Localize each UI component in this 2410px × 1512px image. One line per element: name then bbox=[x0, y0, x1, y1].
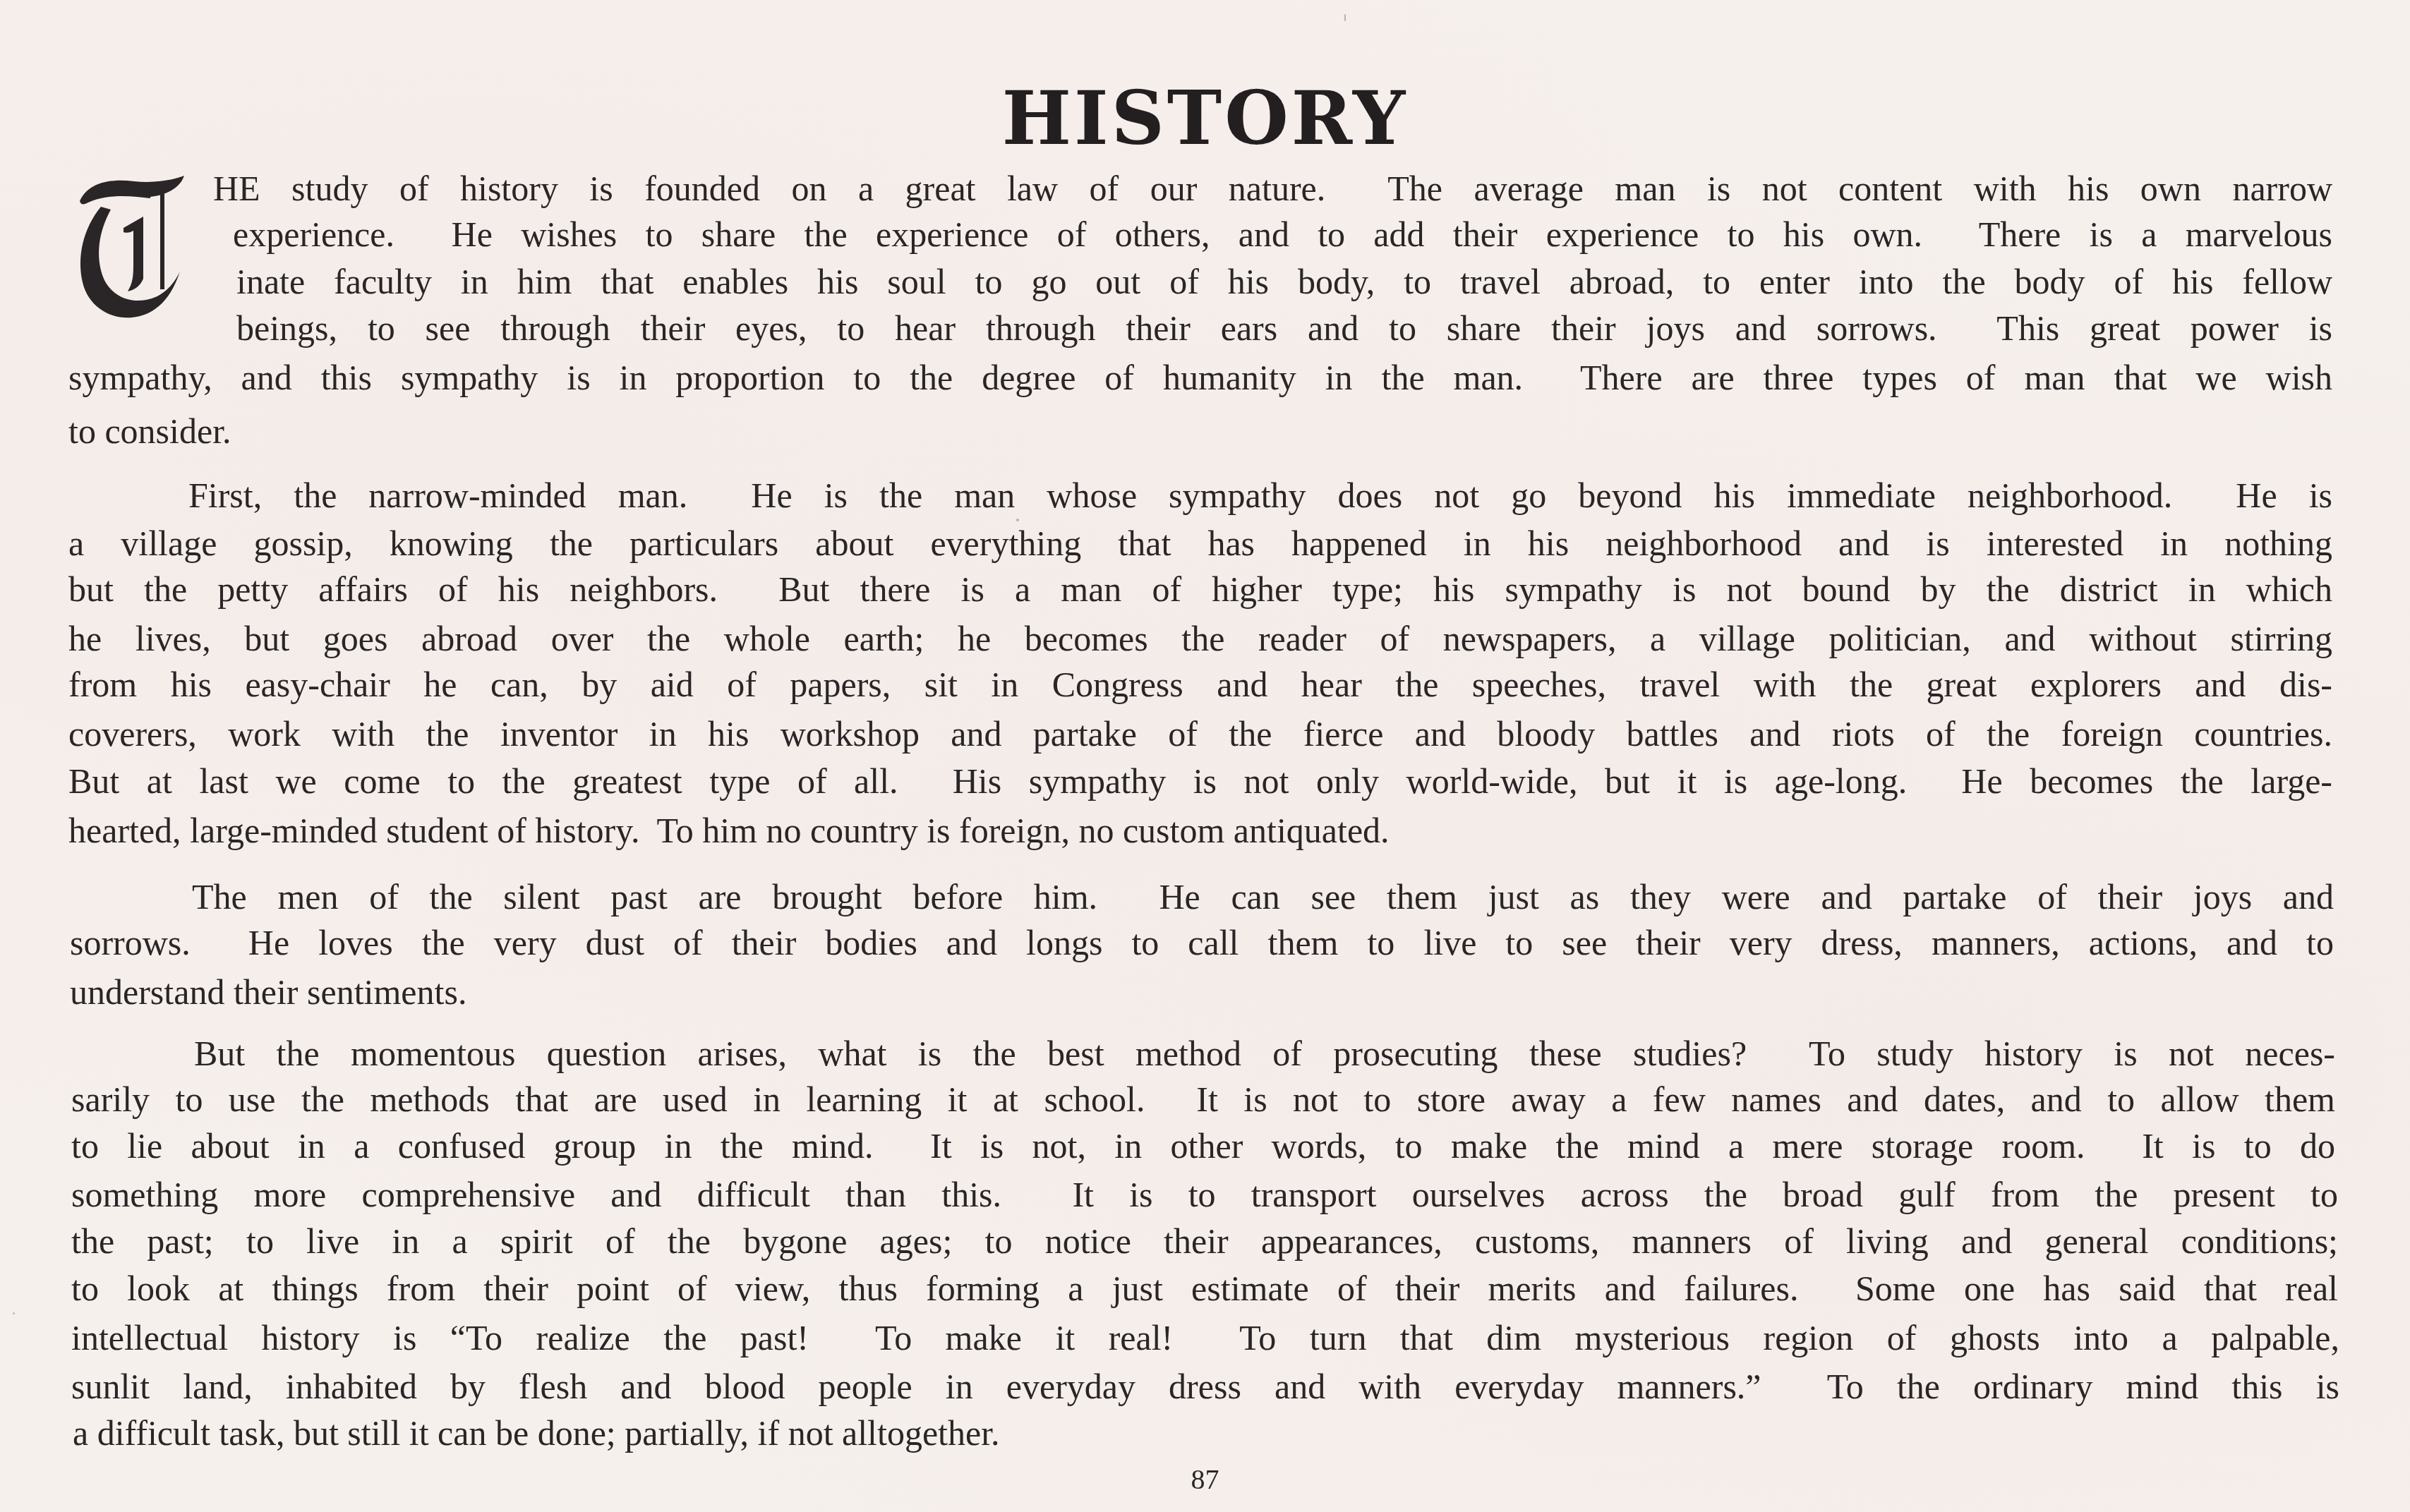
paper-speck bbox=[1934, 1386, 1937, 1390]
text-line: to consider. bbox=[68, 408, 2332, 455]
text-line: sympathy, and this sympathy is in propor… bbox=[68, 354, 2332, 401]
text-line: a village gossip, knowing the particular… bbox=[68, 520, 2332, 567]
text-line: beings, to see through their eyes, to he… bbox=[236, 305, 2332, 352]
text-line: sarily to use the methods that are used … bbox=[71, 1076, 2335, 1123]
text-line: But the momentous question arises, what … bbox=[194, 1030, 2335, 1077]
text-line: sorrows. He loves the very dust of their… bbox=[70, 919, 2334, 967]
book-page: HISTORY HE study of history is founded o… bbox=[0, 0, 2410, 1512]
paper-speck bbox=[13, 1312, 15, 1314]
text-line: First, the narrow-minded man. He is the … bbox=[188, 472, 2332, 519]
text-line: intellectual history is “To realize the … bbox=[71, 1314, 2339, 1362]
text-line: But at last we come to the greatest type… bbox=[68, 758, 2332, 805]
text-line: to look at things from their point of vi… bbox=[71, 1265, 2338, 1312]
text-line: coverers, work with the inventor in his … bbox=[68, 710, 2332, 758]
text-line: to lie about in a confused group in the … bbox=[71, 1123, 2335, 1170]
text-line: the past; to live in a spirit of the byg… bbox=[71, 1218, 2338, 1265]
text-line: sunlit land, inhabited by flesh and bloo… bbox=[71, 1363, 2339, 1410]
page-number: 87 bbox=[0, 1462, 2410, 1497]
text-line: he lives, but goes abroad over the whole… bbox=[68, 615, 2332, 663]
text-line: hearted, large-minded student of history… bbox=[68, 807, 2332, 854]
paper-speck bbox=[1344, 14, 1346, 21]
text-line: a difficult task, but still it can be do… bbox=[73, 1410, 2341, 1457]
text-line: something more comprehensive and difficu… bbox=[71, 1171, 2338, 1218]
text-line: HE study of history is founded on a grea… bbox=[213, 165, 2332, 212]
text-line: inate faculty in him that enables his so… bbox=[236, 258, 2332, 306]
paper-speck bbox=[1016, 519, 1019, 521]
blackletter-T-initial-icon bbox=[67, 173, 187, 322]
text-line: understand their sentiments. bbox=[70, 969, 2334, 1016]
text-line: experience. He wishes to share the exper… bbox=[233, 211, 2332, 258]
text-line: but the petty affairs of his neighbors. … bbox=[68, 566, 2332, 613]
page-title: HISTORY bbox=[0, 76, 2410, 161]
text-line: The men of the silent past are brought b… bbox=[192, 873, 2334, 921]
text-line: from his easy-chair he can, by aid of pa… bbox=[68, 661, 2332, 708]
